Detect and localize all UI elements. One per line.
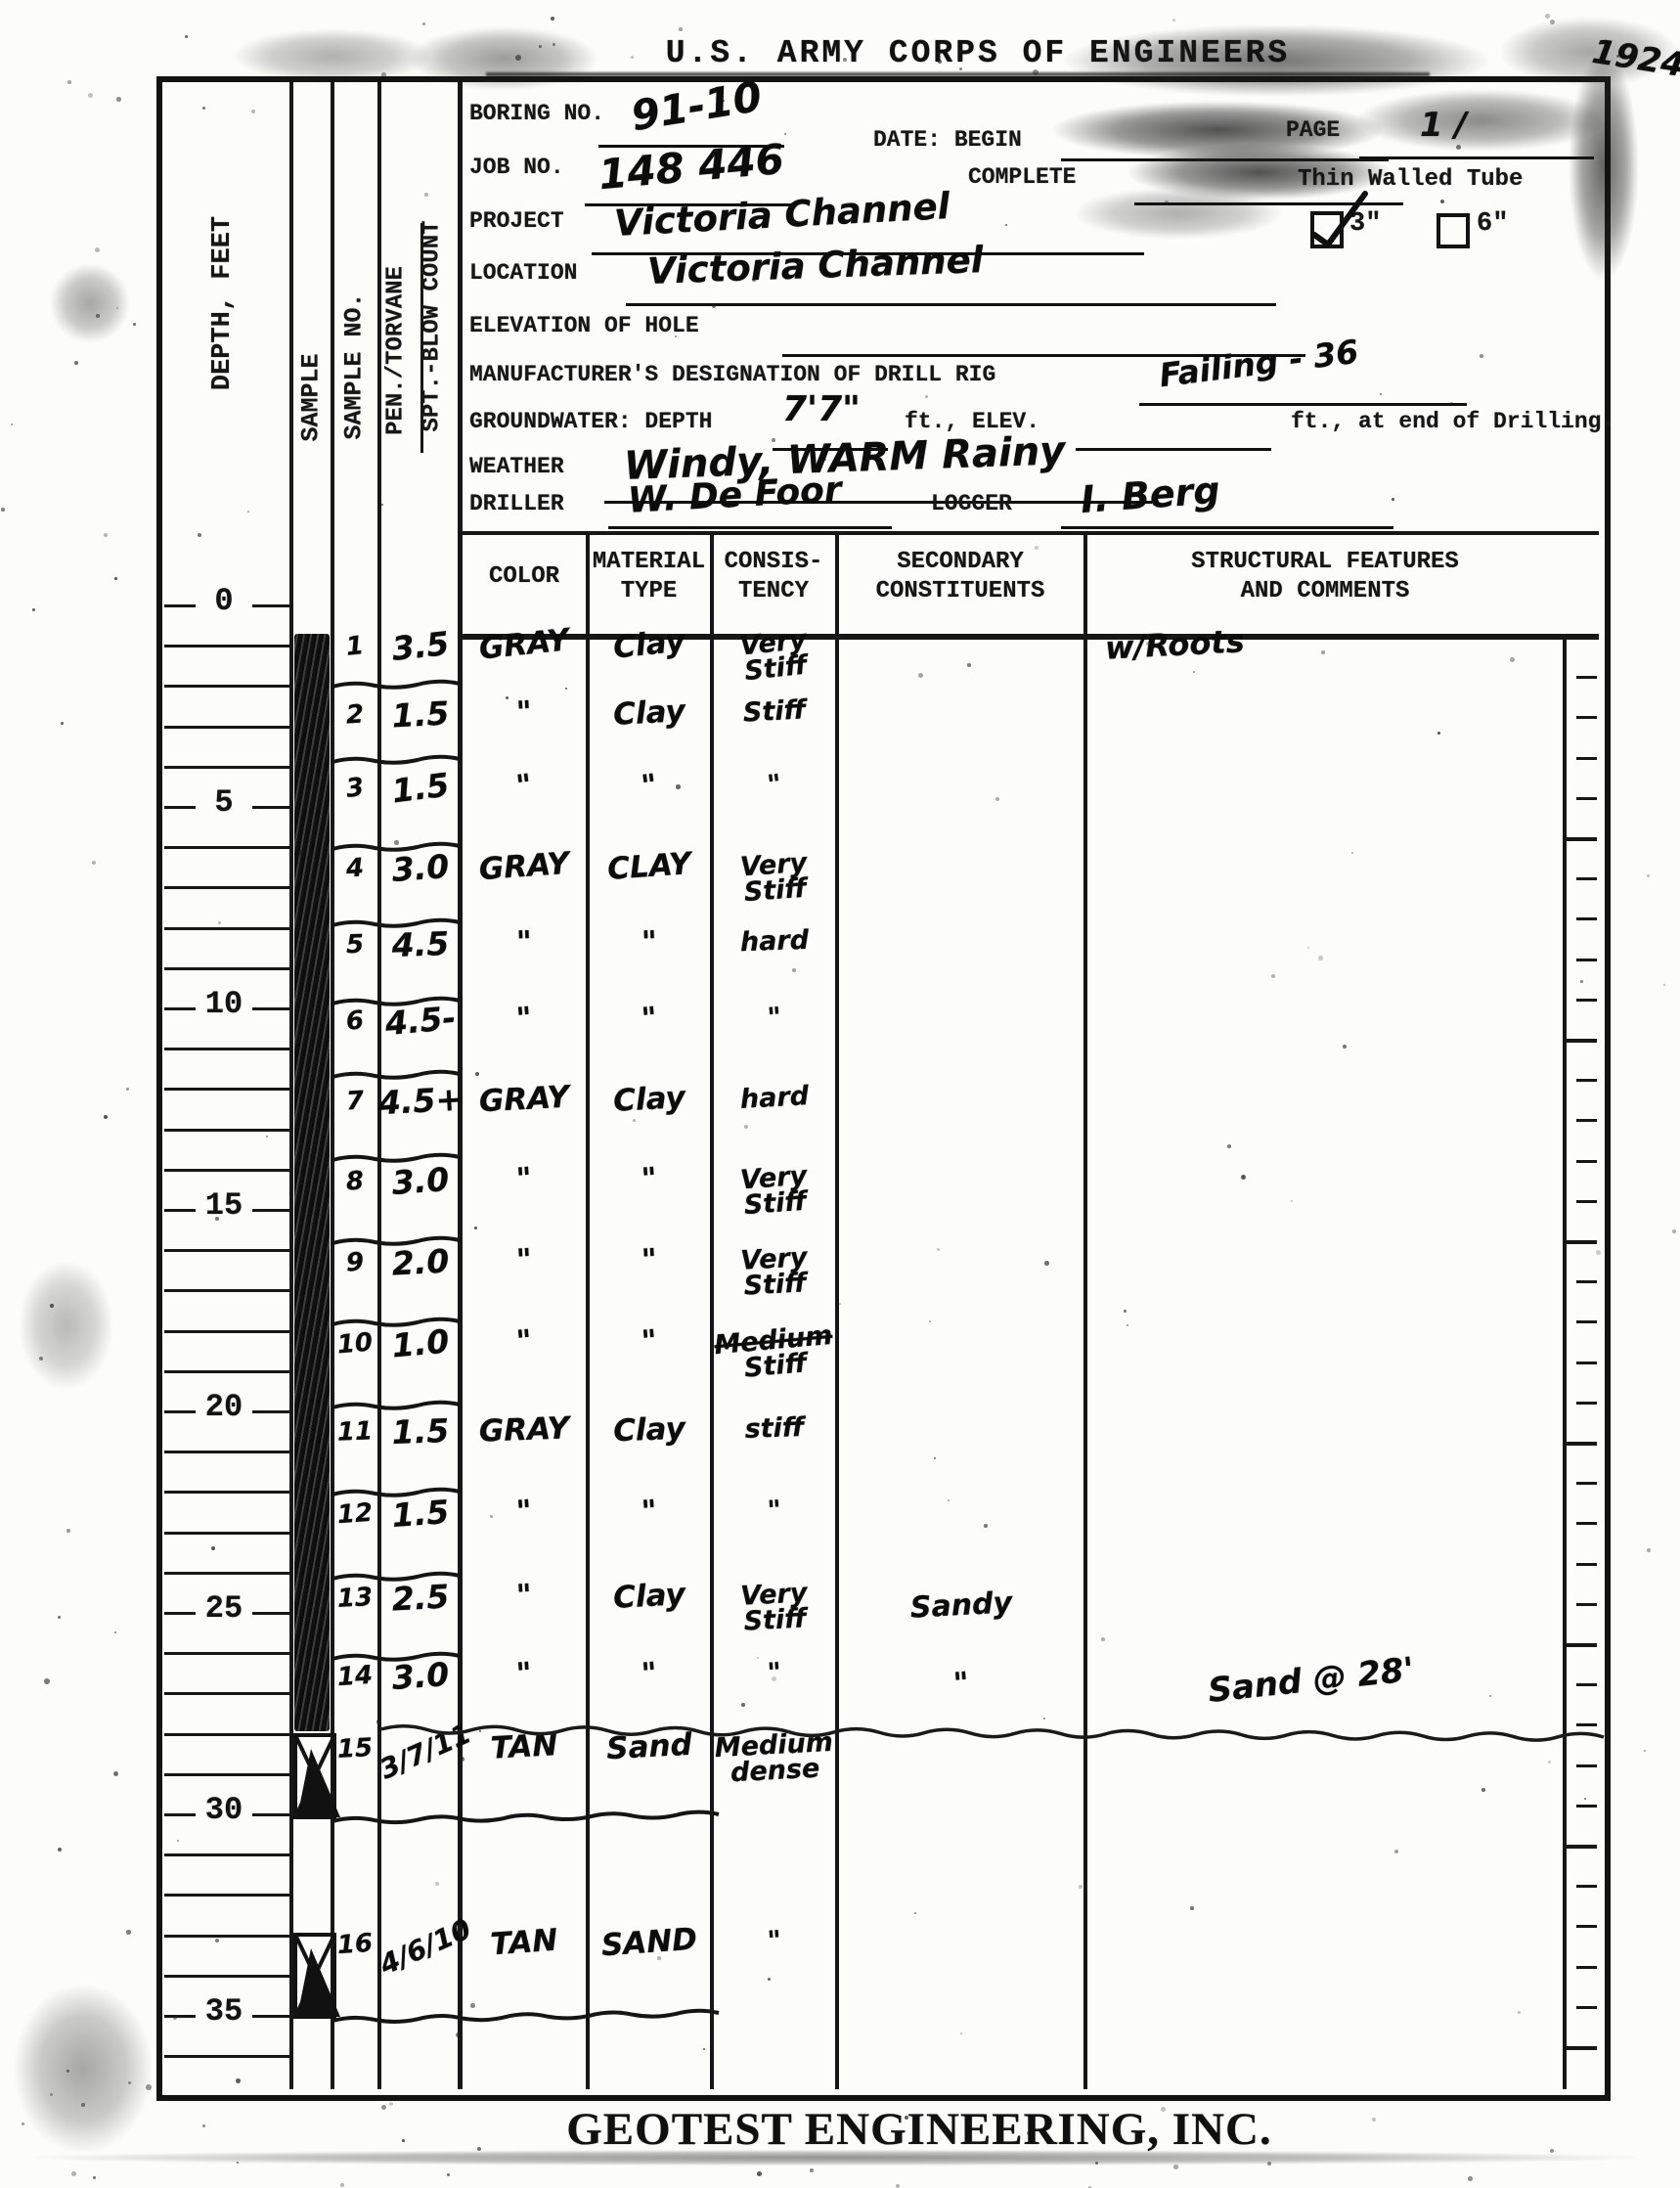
scan-speck xyxy=(104,533,108,537)
scan-speck xyxy=(757,2171,762,2176)
col-header-color: COLOR xyxy=(463,562,586,592)
tube-3in-label: 3" xyxy=(1349,209,1381,239)
scan-speck xyxy=(66,2070,69,2073)
scan-speck xyxy=(896,2184,900,2188)
scan-speck xyxy=(58,1848,62,1852)
ruler-tick-minor xyxy=(1576,1200,1597,1203)
ruler-tick-minor xyxy=(1576,757,1597,760)
depth-tick xyxy=(164,1209,196,1212)
ruler-tick-minor xyxy=(1576,999,1597,1002)
ruler-tick-major xyxy=(1565,1240,1597,1244)
scan-speck xyxy=(477,2147,481,2151)
scan-speck xyxy=(128,2081,131,2084)
scan-speck xyxy=(1173,2165,1178,2169)
date-begin-label: DATE: BEGIN xyxy=(873,127,1022,153)
ruler-tick-major xyxy=(1565,1442,1597,1446)
ruler-tick-minor xyxy=(1576,2006,1597,2009)
location-label: LOCATION xyxy=(469,260,577,286)
scan-speck xyxy=(1267,2162,1271,2166)
sidebar-sample-no-label: SAMPLE NO. xyxy=(340,171,369,562)
scan-speck xyxy=(340,2183,344,2187)
depth-tick xyxy=(252,1813,289,1816)
depth-tick xyxy=(164,1491,289,1494)
scan-speck xyxy=(22,2122,24,2125)
scan-speck xyxy=(44,1678,50,1684)
complete-label: COMPLETE xyxy=(968,164,1076,190)
scan-speck xyxy=(402,2139,405,2142)
scan-speck xyxy=(1545,14,1550,19)
depth-tick xyxy=(164,1129,289,1132)
scan-speck xyxy=(1644,1750,1646,1752)
underline xyxy=(1076,448,1271,451)
ruler-tick-minor xyxy=(1576,1522,1597,1525)
ruler-tick-minor xyxy=(1576,1885,1597,1888)
depth-tick xyxy=(164,1249,289,1252)
scan-speck xyxy=(679,27,683,31)
depth-label: 30 xyxy=(196,1792,252,1828)
depth-tick xyxy=(164,1330,289,1333)
scan-speck xyxy=(1372,2118,1376,2121)
col-header-consistency: CONSIS- TENCY xyxy=(712,548,835,606)
scan-speck xyxy=(389,2102,393,2106)
scan-speck xyxy=(81,2103,85,2107)
ruler-tick-minor xyxy=(1576,1119,1597,1122)
col-header-secondary: SECONDARY CONSTITUENTS xyxy=(837,548,1083,606)
groundwater-end-label: ft., at end of Drilling xyxy=(1291,409,1601,434)
scan-speck xyxy=(66,1529,70,1533)
scan-speck xyxy=(1647,1548,1651,1552)
scan-speck xyxy=(67,80,71,84)
scan-speck xyxy=(116,97,121,102)
scan-speck xyxy=(114,1631,116,1633)
ruler-tick-minor xyxy=(1576,1764,1597,1767)
scan-speck xyxy=(422,22,425,25)
ruler-tick-minor xyxy=(1576,1723,1597,1726)
col-header-material: MATERIAL TYPE xyxy=(588,548,710,606)
scan-speck xyxy=(93,2176,96,2179)
scan-speck xyxy=(88,93,93,98)
scan-speck xyxy=(1672,1229,1676,1233)
ruler-tick-major xyxy=(1565,1643,1597,1647)
scan-speck xyxy=(74,361,78,365)
scan-speck xyxy=(810,2168,814,2172)
scan-speck xyxy=(50,1304,54,1308)
scan-smudge xyxy=(15,1986,152,2152)
underline xyxy=(1139,403,1467,406)
underline xyxy=(1061,526,1393,529)
ruler-tick-minor xyxy=(1576,877,1597,880)
scan-speck xyxy=(551,17,554,21)
depth-tick xyxy=(164,685,289,688)
depth-tick xyxy=(164,1733,289,1736)
depth-tick xyxy=(164,927,289,930)
ruler-tick-major xyxy=(1565,1845,1597,1849)
scan-speck xyxy=(237,2162,239,2164)
scan-speck xyxy=(146,2084,152,2090)
grid-line xyxy=(331,82,334,2089)
scan-speck xyxy=(381,2105,386,2110)
boring-no-label: BORING NO. xyxy=(469,101,604,126)
depth-tick xyxy=(164,1410,196,1413)
tube-label: Thin Walled Tube xyxy=(1298,166,1523,193)
scan-speck xyxy=(116,307,118,309)
depth-tick xyxy=(252,1007,289,1010)
depth-tick xyxy=(252,604,289,607)
ruler-tick-minor xyxy=(1576,797,1597,800)
depth-tick xyxy=(164,1370,289,1373)
depth-tick xyxy=(164,1289,289,1292)
scan-speck xyxy=(39,1357,43,1361)
ruler-tick-major xyxy=(1565,837,1597,841)
depth-tick xyxy=(252,2015,289,2018)
scan-speck xyxy=(92,861,96,865)
tube-3in-checkbox xyxy=(1310,211,1344,248)
rig-label: MANUFACTURER'S DESIGNATION OF DRILL RIG xyxy=(469,362,995,387)
ruler-tick-minor xyxy=(1576,1160,1597,1163)
depth-tick xyxy=(164,1169,289,1172)
depth-tick xyxy=(164,967,289,970)
sidebar-depth-label: DEPTH, FEET xyxy=(208,108,238,499)
elevation-label: ELEVATION OF HOLE xyxy=(469,313,699,338)
scan-speck xyxy=(32,608,35,611)
weather-label: WEATHER xyxy=(469,454,564,479)
scan-speck xyxy=(202,2124,205,2127)
depth-tick xyxy=(164,1007,196,1010)
scan-smudge xyxy=(20,1262,112,1389)
scan-speck xyxy=(185,35,188,38)
depth-tick xyxy=(164,1773,289,1776)
pen-underline xyxy=(420,223,423,453)
underline xyxy=(1061,158,1389,161)
grid-line xyxy=(289,82,293,2089)
sidebar-pen-torvane-label: PEN./TORVANE xyxy=(383,156,410,547)
page-label: PAGE xyxy=(1286,117,1340,143)
scan-speck xyxy=(1172,19,1175,22)
scan-speck xyxy=(113,1771,118,1776)
depth-tick xyxy=(164,1451,289,1453)
underline xyxy=(626,303,1276,306)
scan-speck xyxy=(1663,984,1665,986)
depth-tick xyxy=(252,1410,289,1413)
ruler-tick-minor xyxy=(1576,676,1597,679)
scan-smudge xyxy=(51,264,129,342)
ruler-tick-major xyxy=(1565,2046,1597,2050)
ruler-tick-minor xyxy=(1576,1925,1597,1928)
scan-speck xyxy=(126,1930,131,1935)
ruler-tick-minor xyxy=(1576,1603,1597,1606)
underline xyxy=(1134,202,1403,205)
tube-6in-label: 6" xyxy=(1477,209,1508,239)
project-label: PROJECT xyxy=(469,208,564,234)
job-no-label: JOB NO. xyxy=(469,155,564,180)
depth-tick xyxy=(164,806,196,809)
ruler-tick-minor xyxy=(1576,1362,1597,1364)
groundwater-depth-value: 7'7" xyxy=(782,389,861,429)
scan-speck xyxy=(50,2093,53,2096)
underline xyxy=(608,526,892,529)
scan-speck xyxy=(96,314,100,318)
depth-label: 20 xyxy=(196,1389,252,1425)
ruler-tick-minor xyxy=(1576,1482,1597,1485)
groundwater-label: GROUNDWATER: DEPTH xyxy=(469,409,712,434)
scan-speck xyxy=(114,577,117,580)
scan-speck xyxy=(1468,2176,1473,2181)
scan-smudge xyxy=(235,29,430,83)
col-header-structural: STRUCTURAL FEATURES AND COMMENTS xyxy=(1087,548,1563,606)
scan-speck xyxy=(104,1115,108,1119)
scan-speck xyxy=(1550,2149,1554,2153)
depth-tick xyxy=(252,1209,289,1212)
ruler-tick-minor xyxy=(1576,1320,1597,1323)
scan-speck xyxy=(58,1616,61,1619)
depth-label: 10 xyxy=(196,986,252,1022)
depth-tick xyxy=(164,2055,289,2058)
ruler-tick-minor xyxy=(1576,959,1597,961)
scanned-boring-log-page: U.S. ARMY CORPS OF ENGINEERS 1924 DEPTH,… xyxy=(0,0,1680,2188)
ruler-tick-major xyxy=(1565,1039,1597,1043)
ruler-tick-minor xyxy=(1576,1966,1597,1969)
depth-tick xyxy=(164,1652,289,1655)
depth-tick xyxy=(164,846,289,849)
ruler-left-line xyxy=(1563,636,1567,2089)
page-value: 1 / xyxy=(1420,106,1467,145)
scan-speck xyxy=(447,2173,450,2176)
scan-speck xyxy=(133,323,136,326)
ruler-tick-major xyxy=(1565,636,1597,640)
depth-tick xyxy=(164,1612,196,1615)
comment-w-roots: w/Roots xyxy=(1104,622,1245,666)
scan-speck xyxy=(1647,874,1650,877)
ruler-tick-minor xyxy=(1576,1805,1597,1808)
sidebar-sample-label: SAMPLE xyxy=(297,202,326,594)
logger-label: LOGGER xyxy=(931,491,1012,516)
depth-tick xyxy=(164,1853,289,1856)
ruler-tick-minor xyxy=(1576,1402,1597,1405)
ruler-tick-minor xyxy=(1576,716,1597,719)
depth-tick xyxy=(164,1088,289,1091)
scan-speck xyxy=(95,247,100,252)
ruler-tick-minor xyxy=(1576,1079,1597,1082)
depth-tick xyxy=(164,1935,289,1938)
tube-6in-checkbox xyxy=(1437,213,1470,248)
depth-tick xyxy=(164,1975,289,1978)
header-divider xyxy=(460,531,1599,535)
depth-tick xyxy=(164,1813,196,1816)
ruler-tick-minor xyxy=(1576,1683,1597,1686)
depth-label: 35 xyxy=(196,1993,252,2030)
scan-speck xyxy=(1550,20,1555,24)
scan-speck xyxy=(71,2171,76,2176)
depth-label: 0 xyxy=(196,583,252,619)
scan-speck xyxy=(11,424,13,425)
grid-line xyxy=(1083,533,1087,2089)
underline xyxy=(1359,156,1594,159)
depth-tick xyxy=(164,766,289,769)
scan-speck xyxy=(126,1088,129,1091)
scan-speck xyxy=(1095,2162,1098,2165)
scan-speck xyxy=(1,508,5,512)
ruler-tick-minor xyxy=(1576,917,1597,920)
depth-tick xyxy=(164,1048,289,1050)
page-title: U.S. ARMY CORPS OF ENGINEERS xyxy=(411,35,1545,71)
depth-tick xyxy=(164,1572,289,1575)
depth-tick xyxy=(164,1894,289,1897)
depth-tick xyxy=(164,2015,196,2018)
ruler-tick-minor xyxy=(1576,1280,1597,1283)
depth-tick xyxy=(164,604,196,607)
scan-speck xyxy=(61,722,64,725)
ruler-tick-minor xyxy=(1576,1563,1597,1566)
footer-company-name: GEOTEST ENGINEERING, INC. xyxy=(518,2103,1320,2156)
driller-label: DRILLER xyxy=(469,491,564,516)
